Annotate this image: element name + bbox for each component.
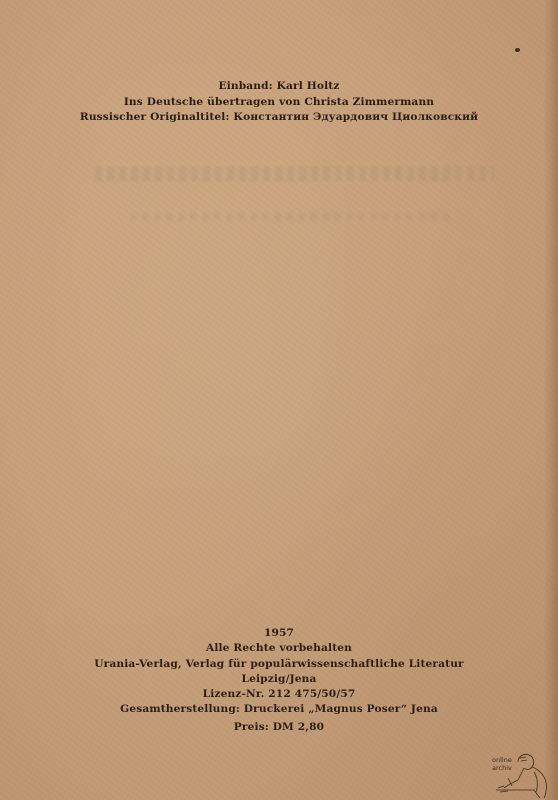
translation-credit: Ins Deutsche übertragen von Christa Zimm…: [0, 95, 558, 110]
bleed-through-text: [95, 167, 495, 181]
bleed-through-text: [130, 213, 450, 221]
watermark-text: online archiv: [492, 756, 512, 772]
publisher-location: Leipzig/Jena: [0, 672, 558, 687]
price: Preis: DM 2,80: [0, 720, 558, 735]
online-archiv-watermark: online archiv: [474, 742, 554, 798]
colophon-block: 1957 Alle Rechte vorbehalten Urania-Verl…: [0, 626, 558, 735]
watermark-line-1: online: [492, 756, 512, 764]
original-title: Russischer Originaltitel: Константин Эду…: [0, 110, 558, 125]
paper-speck: [515, 48, 520, 52]
publisher: Urania-Verlag, Verlag für populärwissens…: [0, 657, 558, 672]
book-page: Einband: Karl Holtz Ins Deutsche übertra…: [0, 0, 558, 800]
credits-block: Einband: Karl Holtz Ins Deutsche übertra…: [0, 79, 558, 125]
rights-notice: Alle Rechte vorbehalten: [0, 641, 558, 656]
binding-credit: Einband: Karl Holtz: [0, 79, 558, 95]
publication-year: 1957: [0, 626, 558, 641]
license-number: Lizenz-Nr. 212 475/50/57: [0, 687, 558, 702]
writing-person-icon: [474, 742, 554, 798]
watermark-line-2: archiv: [492, 764, 512, 772]
production-credit: Gesamtherstellung: Druckerei „Magnus Pos…: [0, 702, 558, 717]
